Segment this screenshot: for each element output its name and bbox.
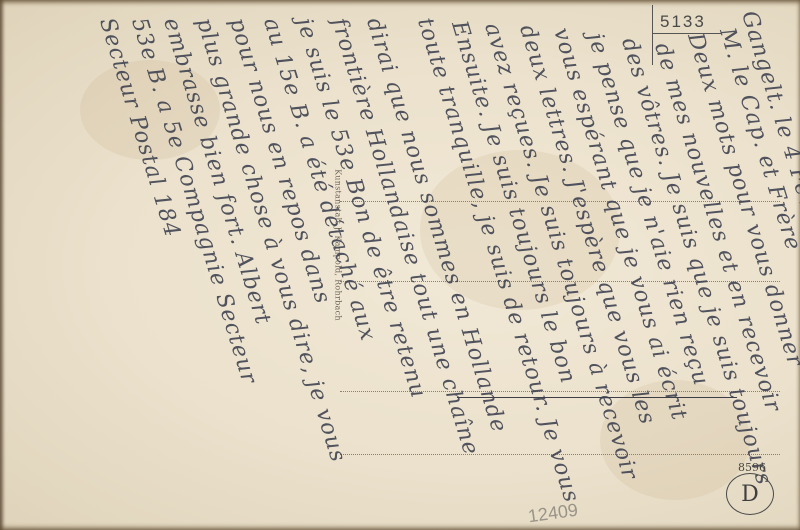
postcard-back: Kunstanstalt J. Kampold, Rohrbach Gangel… xyxy=(0,0,800,530)
printed-number: 8596 xyxy=(738,461,766,474)
reference-rule xyxy=(652,5,653,65)
circled-letter-mark: D xyxy=(726,473,774,515)
reference-number: 5133 xyxy=(660,12,706,32)
circled-letter: D xyxy=(741,482,759,507)
reference-rule xyxy=(652,33,722,34)
pencil-inventory-number: 12409 xyxy=(527,500,579,528)
